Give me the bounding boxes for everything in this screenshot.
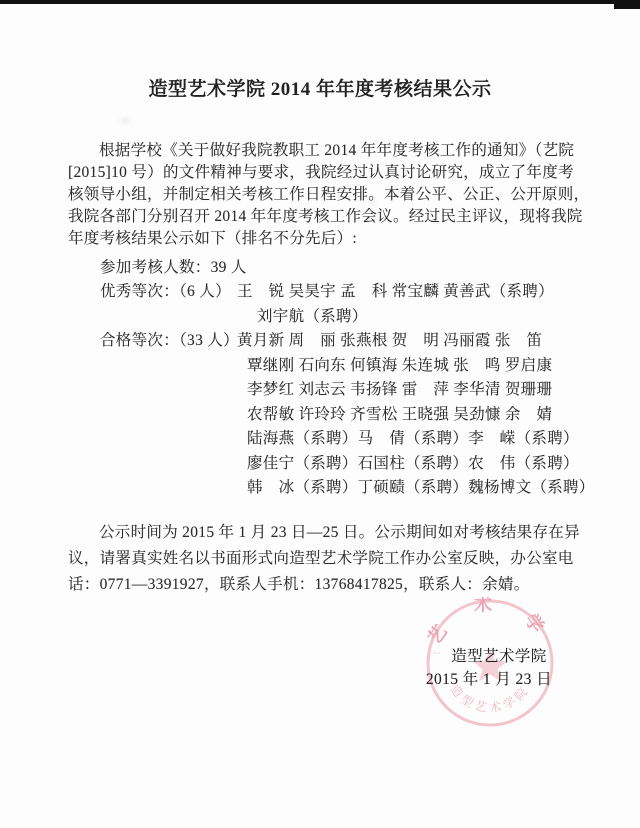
pass-names-line: 黄月新 周 丽 张燕根 贺 明 冯丽霞 张 笛: [237, 329, 542, 354]
scanned-document-page: 造型艺术学院 2014 年年度考核结果公示 根据学校《关于做好我院教职工 201…: [0, 0, 640, 828]
paragraph-line: [2015]10 号）的文件精神与要求，我院经过认真讨论研究，成立了年度考: [68, 162, 584, 184]
excellent-names-line: 刘宇航（系聘）: [257, 305, 584, 330]
signature-block: 造型艺术学院 2015 年 1 月 23 日: [426, 645, 552, 691]
paragraph-line: 我院各部门分别召开 2014 年年度考核工作会议。经过民主评议，现将我院: [68, 206, 584, 228]
intro-paragraph: 根据学校《关于做好我院教职工 2014 年年度考核工作的通知》（艺院 [2015…: [68, 140, 584, 250]
pass-names-line: 廖佳宁（系聘）石国柱（系聘）农 伟（系聘）: [247, 452, 584, 477]
paragraph-line: 公示时间为 2015 年 1 月 23 日—25 日。公示期间如对考核结果存在异: [68, 520, 584, 546]
result-roster: 优秀等次：（6 人） 王 锐 吴昊宇 孟 科 常宝麟 黄善武（系聘） 刘宇航（系…: [100, 280, 584, 501]
pass-names-line: 韩 冰（系聘）丁硕赜（系聘）魏杨博文（系聘）: [247, 476, 584, 501]
pass-grade-label: 合格等次：（33 人）: [100, 329, 237, 354]
pass-grade-row: 合格等次：（33 人） 黄月新 周 丽 张燕根 贺 明 冯丽霞 张 笛: [100, 329, 584, 354]
pass-names-line: 覃继刚 石向东 何镇海 朱连城 张 鸣 罗启康: [247, 354, 584, 379]
paragraph-line: 话：0771—3391927，联系人手机：13768417825，联系人：余婧。: [68, 572, 584, 598]
pass-names-line: 陆海燕（系聘）马 倩（系聘）李 嵘（系聘）: [247, 427, 584, 452]
excellent-grade-label: 优秀等次：（6 人）: [100, 280, 237, 305]
paragraph-line: 核领导小组，并制定相关考核工作日程安排。本着公平、公正、公开原则，: [68, 184, 584, 206]
participants-count-line: 参加考核人数：39 人: [100, 256, 584, 280]
svg-text:艺 术 学: 艺 术 学: [424, 597, 557, 648]
signature-date: 2015 年 1 月 23 日: [426, 668, 552, 691]
scan-edge-corner: [614, 0, 640, 9]
paragraph-line: 年度考核结果公示如下（排名不分先后）:: [68, 228, 584, 250]
paragraph-line: 议，请署真实姓名以书面形式向造型艺术学院工作办公室反映，办公室电: [68, 546, 584, 572]
pass-names-line: 农帮敏 许玲玲 齐雪松 王晓强 吴劲慷 余 婧: [247, 403, 584, 428]
scan-smudge: [120, 118, 130, 124]
excellent-names-line: 王 锐 吴昊宇 孟 科 常宝麟 黄善武（系聘）: [237, 280, 554, 305]
document-body: 根据学校《关于做好我院教职工 2014 年年度考核工作的通知》（艺院 [2015…: [68, 140, 584, 598]
document-title: 造型艺术学院 2014 年年度考核结果公示: [0, 74, 640, 101]
scan-edge-top: [0, 0, 640, 4]
closing-paragraph: 公示时间为 2015 年 1 月 23 日—25 日。公示期间如对考核结果存在异…: [68, 520, 584, 598]
seal-arc-top-text: 艺 术 学: [424, 597, 557, 648]
paragraph-line: 根据学校《关于做好我院教职工 2014 年年度考核工作的通知》（艺院: [68, 140, 584, 162]
excellent-grade-row: 优秀等次：（6 人） 王 锐 吴昊宇 孟 科 常宝麟 黄善武（系聘）: [100, 280, 584, 305]
signature-org-name: 造型艺术学院: [436, 645, 562, 668]
pass-names-line: 李梦红 刘志云 韦扬锋 雷 萍 李华清 贺珊珊: [247, 378, 584, 403]
